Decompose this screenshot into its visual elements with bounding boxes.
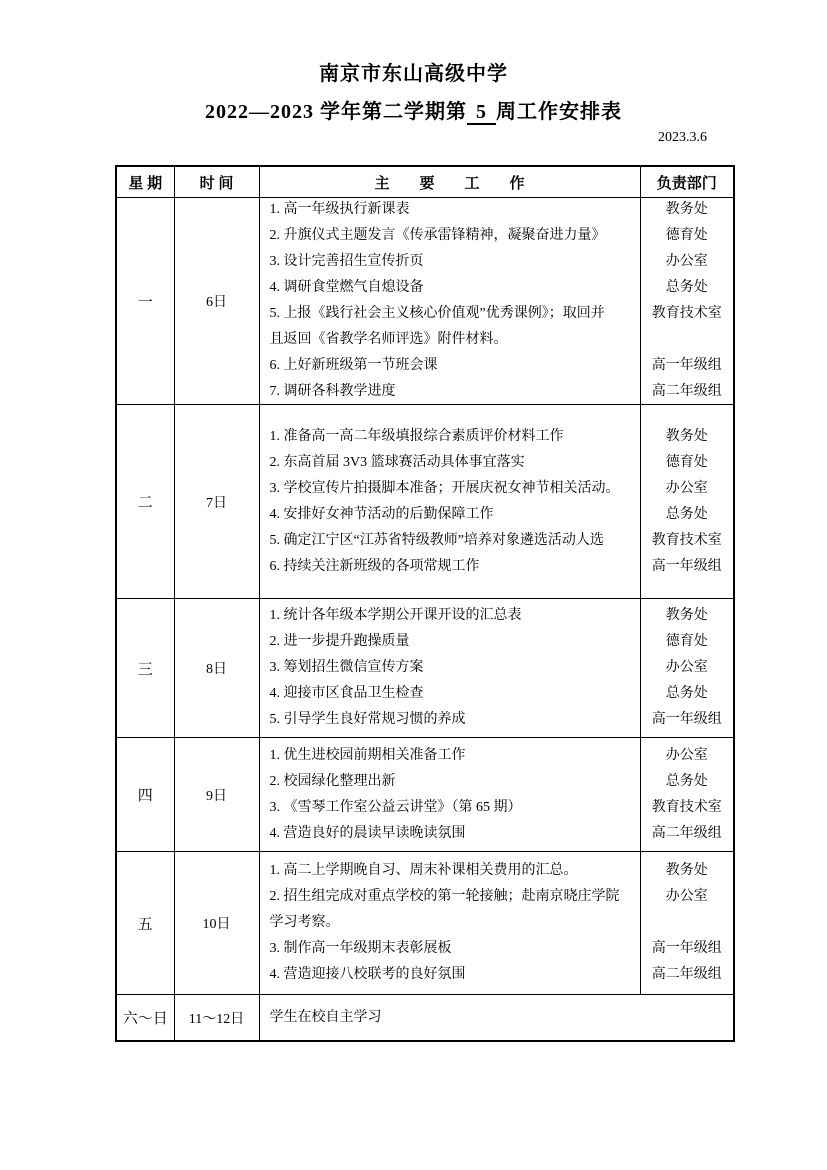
day-label: 四 [117,738,174,851]
time-label: 10日 [175,852,259,994]
document-page: 南京市东山高级中学 2022—2023 学年第二学期第 5 周工作安排表 202… [0,0,827,1170]
time-cell: 10日 [174,852,259,995]
weekend-row: 六～日11～12日学生在校自主学习 [116,995,734,1042]
dept-line [641,910,734,936]
dept-line: 高一年级组 [641,707,734,733]
dept-stack: 办公室总务处教育技术室高二年级组 [641,738,734,851]
work-line: 3. 《雪琴工作室公益云讲堂》（第 65 期） [270,795,522,821]
work-line: 3. 制作高一年级期末表彰展板 [270,936,452,962]
work-stack: 1. 优生进校园前期相关准备工作2. 校园绿化整理出新3. 《雪琴工作室公益云讲… [260,738,640,851]
dept-stack: 教务处德育处办公室总务处高一年级组 [641,599,734,737]
time-cell: 6日 [174,198,259,405]
work-line: 6. 持续关注新班级的各项常规工作 [270,554,480,580]
work-line: 2. 进一步提升跑操质量 [270,629,410,655]
week-number: 5 [467,101,496,125]
work-line: 5. 上报《践行社会主义核心价值观”优秀课例》；取回并 [270,301,605,327]
header-row: 星 期时 间主 要 工 作负责部门 [116,166,734,198]
work-cell: 1. 高二上学期晚自习、周末补课相关费用的汇总。2. 招生组完成对重点学校的第一… [259,852,640,995]
dept-line: 高一年级组 [641,936,734,962]
work-line: 4. 营造迎接八校联考的良好氛围 [270,962,466,988]
work-line: 2. 校园绿化整理出新 [270,769,396,795]
dept-line: 德育处 [641,629,734,655]
work-cell: 1. 统计各年级本学期公开课开设的汇总表2. 进一步提升跑操质量3. 筹划招生微… [259,599,640,738]
work-line: 5. 确定江宁区“江苏省特级教师”培养对象遴选活动人选 [270,528,604,554]
work-line: 4. 迎接市区食品卫生检查 [270,681,424,707]
dept-line: 教务处 [641,858,734,884]
column-header-day: 星 期 [116,166,174,198]
document-title: 南京市东山高级中学 [0,57,827,86]
dept-line: 教务处 [641,197,734,223]
time-label: 8日 [175,599,259,737]
schedule-table: 星 期时 间主 要 工 作负责部门一6日1. 高一年级执行新课表2. 升旗仪式主… [115,165,735,1042]
work-line: 2. 东高首届 3V3 篮球赛活动具体事宜落实 [270,450,525,476]
day-cell: 二 [116,405,174,599]
work-cell: 1. 优生进校园前期相关准备工作2. 校园绿化整理出新3. 《雪琴工作室公益云讲… [259,738,640,852]
dept-line: 总务处 [641,769,734,795]
time-cell: 7日 [174,405,259,599]
dept-cell: 教务处德育处办公室总务处教育技术室高一年级组 [640,405,734,599]
work-line: 5. 引导学生良好常规习惯的养成 [270,707,466,733]
work-line: 6. 上好新班级第一节班会课 [270,353,438,379]
column-header-time-label: 时 间 [175,167,259,197]
time-cell: 9日 [174,738,259,852]
time-cell: 11～12日 [174,995,259,1042]
work-line: 2. 招生组完成对重点学校的第一轮接触；赴南京晓庄学院 [270,884,620,910]
work-line: 学习考察。 [270,910,340,936]
dept-line: 高一年级组 [641,353,734,379]
work-cell: 学生在校自主学习 [259,995,734,1042]
day-label: 一 [117,198,174,404]
dept-line: 教育技术室 [641,795,734,821]
work-stack: 1. 统计各年级本学期公开课开设的汇总表2. 进一步提升跑操质量3. 筹划招生微… [260,599,640,737]
dept-line: 德育处 [641,223,734,249]
time-cell: 8日 [174,599,259,738]
day-cell: 三 [116,599,174,738]
day-label: 六～日 [117,995,174,1040]
work-line: 4. 调研食堂燃气自熄设备 [270,275,424,301]
dept-line: 高一年级组 [641,554,734,580]
dept-line: 总务处 [641,275,734,301]
work-line: 3. 筹划招生微信宣传方案 [270,655,424,681]
dept-cell: 教务处德育处办公室总务处教育技术室高一年级组高二年级组 [640,198,734,405]
document-header: 南京市东山高级中学 2022—2023 学年第二学期第 5 周工作安排表 202… [0,0,827,146]
dept-line: 教务处 [641,603,734,629]
work-line: 3. 设计完善招生宣传折页 [270,249,424,275]
dept-line: 德育处 [641,450,734,476]
dept-cell: 办公室总务处教育技术室高二年级组 [640,738,734,852]
time-label: 6日 [175,198,259,404]
day-cell: 一 [116,198,174,405]
subtitle-prefix: 2022—2023 学年第二学期第 [205,101,467,123]
dept-line: 教育技术室 [641,528,734,554]
dept-cell: 教务处德育处办公室总务处高一年级组 [640,599,734,738]
dept-line: 总务处 [641,681,734,707]
subtitle-suffix: 周工作安排表 [496,101,622,123]
dept-stack: 教务处办公室高一年级组高二年级组 [641,852,734,994]
column-header-day-label: 星 期 [117,167,174,197]
dept-stack: 教务处德育处办公室总务处教育技术室高一年级组 [641,405,734,598]
work-line: 1. 高一年级执行新课表 [270,197,410,223]
work-line: 4. 营造良好的晨读早读晚读氛围 [270,821,466,847]
work-line: 学生在校自主学习 [270,1005,382,1031]
schedule-table-body: 星 期时 间主 要 工 作负责部门一6日1. 高一年级执行新课表2. 升旗仪式主… [116,166,734,1041]
column-header-work-label: 主 要 工 作 [260,167,640,197]
dept-line: 高二年级组 [641,379,734,405]
day-cell: 六～日 [116,995,174,1042]
column-header-work: 主 要 工 作 [259,166,640,198]
dept-line: 高二年级组 [641,821,734,847]
document-subtitle: 2022—2023 学年第二学期第 5 周工作安排表 [0,95,827,125]
work-line: 1. 统计各年级本学期公开课开设的汇总表 [270,603,522,629]
table-row: 五10日1. 高二上学期晚自习、周末补课相关费用的汇总。2. 招生组完成对重点学… [116,852,734,995]
dept-stack: 教务处德育处办公室总务处教育技术室高一年级组高二年级组 [641,198,734,404]
dept-line [641,327,734,353]
dept-line: 办公室 [641,249,734,275]
work-line: 4. 安排好女神节活动的后勤保障工作 [270,502,494,528]
work-cell: 1. 高一年级执行新课表2. 升旗仪式主题发言《传承雷锋精神，凝聚奋进力量》3.… [259,198,640,405]
time-label: 7日 [175,405,259,598]
dept-line: 教务处 [641,424,734,450]
table-row: 一6日1. 高一年级执行新课表2. 升旗仪式主题发言《传承雷锋精神，凝聚奋进力量… [116,198,734,405]
dept-cell: 教务处办公室高一年级组高二年级组 [640,852,734,995]
time-label: 9日 [175,738,259,851]
document-date: 2023.3.6 [0,130,827,146]
work-line: 1. 高二上学期晚自习、周末补课相关费用的汇总。 [270,858,578,884]
dept-line: 办公室 [641,655,734,681]
table-row: 三8日1. 统计各年级本学期公开课开设的汇总表2. 进一步提升跑操质量3. 筹划… [116,599,734,738]
work-stack: 1. 高二上学期晚自习、周末补课相关费用的汇总。2. 招生组完成对重点学校的第一… [260,852,640,994]
dept-line: 办公室 [641,743,734,769]
work-line: 7. 调研各科教学进度 [270,379,396,405]
day-label: 三 [117,599,174,737]
time-label: 11～12日 [175,995,259,1040]
table-row: 二7日1. 准备高一高二年级填报综合素质评价材料工作2. 东高首届 3V3 篮球… [116,405,734,599]
dept-line: 办公室 [641,476,734,502]
dept-line: 高二年级组 [641,962,734,988]
work-line: 且返回《省教学名师评选》附件材料。 [270,327,508,353]
work-line: 3. 学校宣传片拍摄脚本准备；开展庆祝女神节相关活动。 [270,476,620,502]
day-cell: 五 [116,852,174,995]
dept-line: 办公室 [641,884,734,910]
work-cell: 1. 准备高一高二年级填报综合素质评价材料工作2. 东高首届 3V3 篮球赛活动… [259,405,640,599]
work-line: 1. 准备高一高二年级填报综合素质评价材料工作 [270,424,564,450]
column-header-dept: 负责部门 [640,166,734,198]
work-line: 2. 升旗仪式主题发言《传承雷锋精神，凝聚奋进力量》 [270,223,606,249]
column-header-dept-label: 负责部门 [641,167,734,197]
work-stack: 1. 高一年级执行新课表2. 升旗仪式主题发言《传承雷锋精神，凝聚奋进力量》3.… [260,198,640,404]
table-row: 四9日1. 优生进校园前期相关准备工作2. 校园绿化整理出新3. 《雪琴工作室公… [116,738,734,852]
work-stack: 学生在校自主学习 [260,995,734,1040]
work-line: 1. 优生进校园前期相关准备工作 [270,743,466,769]
column-header-time: 时 间 [174,166,259,198]
day-cell: 四 [116,738,174,852]
dept-line: 总务处 [641,502,734,528]
work-stack: 1. 准备高一高二年级填报综合素质评价材料工作2. 东高首届 3V3 篮球赛活动… [260,405,640,598]
day-label: 二 [117,405,174,598]
day-label: 五 [117,852,174,994]
dept-line: 教育技术室 [641,301,734,327]
